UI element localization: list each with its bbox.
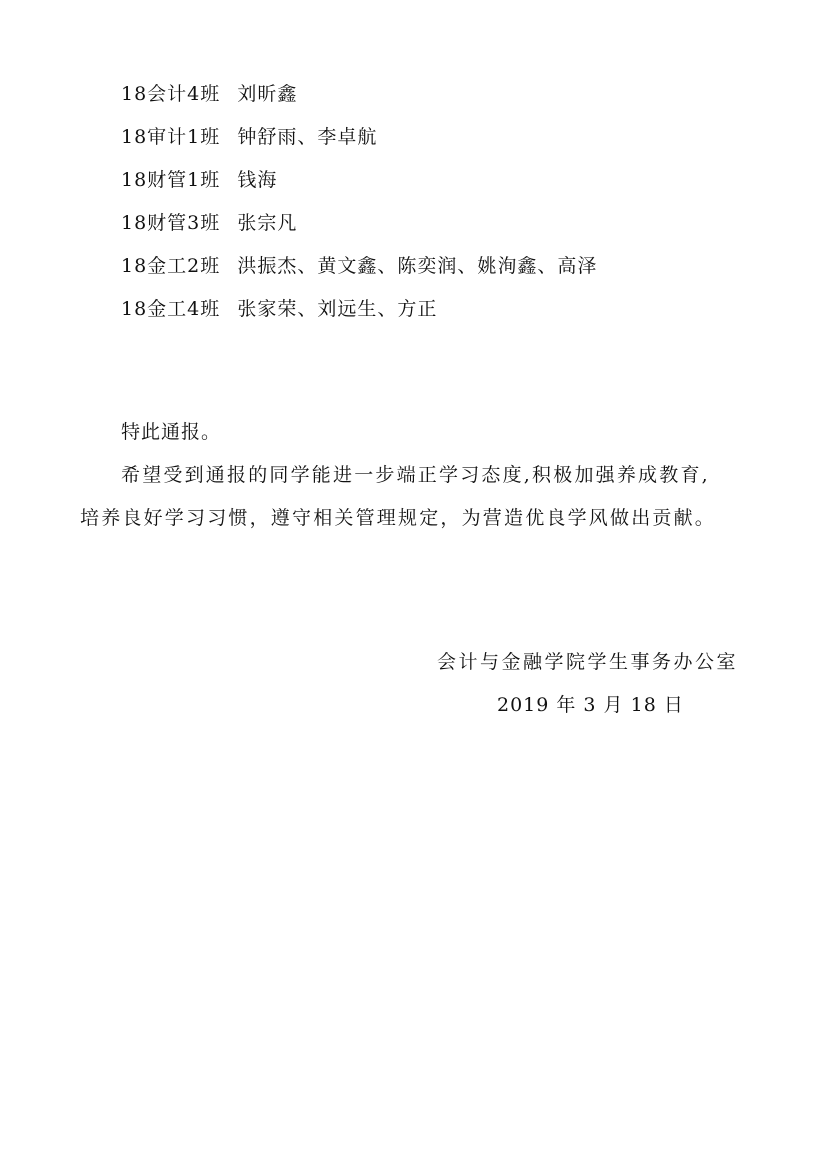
class-list-item: 18财管3班 张宗凡 [121,211,297,235]
class-list-item: 18会计4班 刘昕鑫 [121,82,297,106]
class-name: 18审计1班 [121,125,220,149]
class-list-item: 18审计1班 钟舒雨、李卓航 [121,125,377,149]
student-names: 钱海 [237,169,277,191]
class-name: 18金工2班 [121,254,220,278]
student-names: 洪振杰、黄文鑫、陈奕润、姚洵鑫、高泽 [237,255,597,277]
body-paragraph-line-2: 培养良好学习习惯，遵守相关管理规定，为营造优良学风做出贡献。 [80,506,716,530]
closing-statement: 特此通报。 [121,420,221,444]
signature-office: 会计与金融学院学生事务办公室 [437,650,738,674]
body-paragraph-line-1: 希望受到通报的同学能进一步端正学习态度,积极加强养成教育, [121,463,710,487]
signature-date: 2019 年 3 月 18 日 [497,693,684,717]
class-list-item: 18金工4班 张家荣、刘远生、方正 [121,297,437,321]
class-name: 18财管3班 [121,211,220,235]
student-names: 张家荣、刘远生、方正 [237,298,437,320]
class-name: 18财管1班 [121,168,220,192]
student-names: 张宗凡 [237,212,297,234]
class-name: 18会计4班 [121,82,220,106]
class-list-item: 18金工2班 洪振杰、黄文鑫、陈奕润、姚洵鑫、高泽 [121,254,597,278]
student-names: 钟舒雨、李卓航 [237,126,377,148]
student-names: 刘昕鑫 [237,83,297,105]
class-list-item: 18财管1班 钱海 [121,168,277,192]
class-name: 18金工4班 [121,297,220,321]
document-page: 18会计4班 刘昕鑫 18审计1班 钟舒雨、李卓航 18财管1班 钱海 18财管… [0,0,827,1169]
